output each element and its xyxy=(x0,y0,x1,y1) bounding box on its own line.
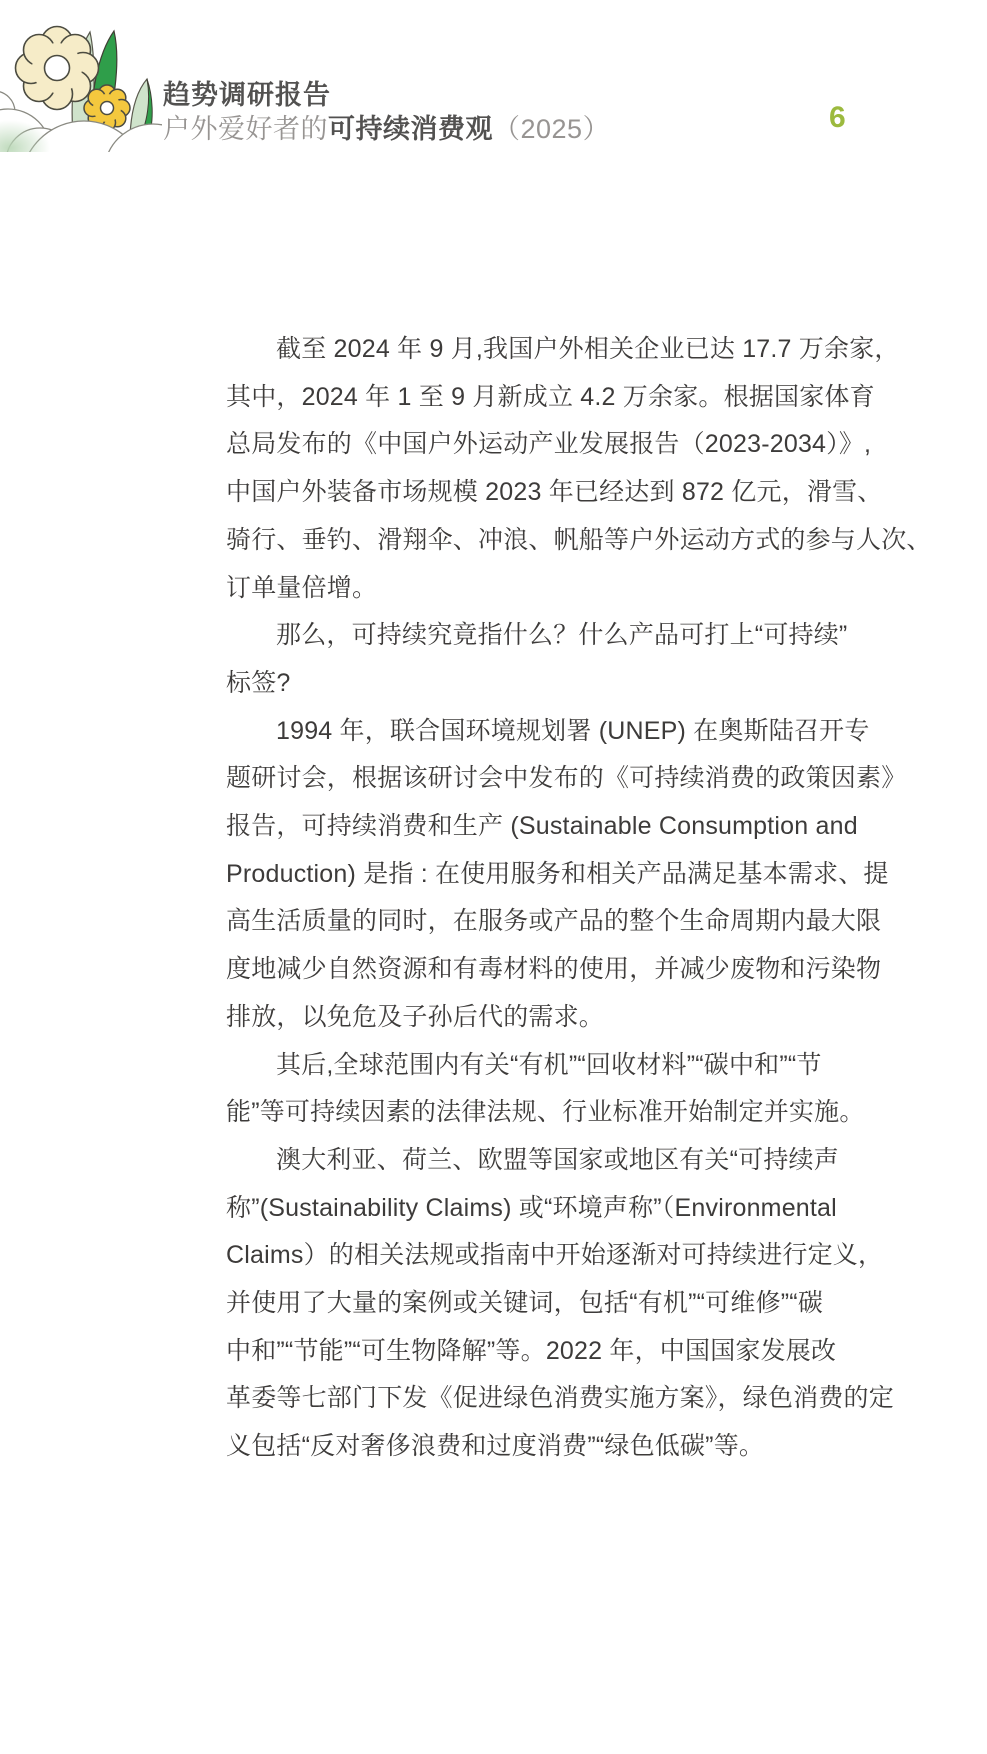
body-line: 标签? xyxy=(226,660,886,708)
body-line: 报告，可持续消费和生产 (Sustainable Consumption and xyxy=(226,803,886,851)
body-line: 排放，以免危及子孙后代的需求。 xyxy=(226,994,886,1042)
body-line: 题研讨会，根据该研讨会中发布的《可持续消费的政策因素》 xyxy=(226,755,886,803)
body-text: 截至 2024 年 9 月,我国户外相关企业已达 17.7 万余家， 其中，20… xyxy=(226,326,886,1471)
body-line: 革委等七部门下发《促进绿色消费实施方案》，绿色消费的定 xyxy=(226,1375,886,1423)
body-line: 总局发布的《中国户外运动产业发展报告（2023-2034）》, xyxy=(226,421,886,469)
subtitle-bold: 可持续消费观 xyxy=(328,114,493,144)
report-header: 趋势调研报告 户外爱好者的可持续消费观（2025） xyxy=(163,78,610,146)
report-subtitle: 户外爱好者的可持续消费观（2025） xyxy=(163,112,610,146)
body-line: 中和”“节能”“可生物降解”等。2022 年，中国国家发展改 xyxy=(226,1328,886,1376)
body-line: 那么，可持续究竟指什么？什么产品可打上“可持续” xyxy=(226,612,886,660)
body-line: 并使用了大量的案例或关键词，包括“有机”“可维修”“碳 xyxy=(226,1280,886,1328)
flowers-and-clouds-logo-icon xyxy=(0,0,162,152)
body-line: 高生活质量的同时，在服务或产品的整个生命周期内最大限 xyxy=(226,898,886,946)
body-line: 订单量倍增。 xyxy=(226,565,886,613)
body-line: 能”等可持续因素的法律法规、行业标准开始制定并实施。 xyxy=(226,1089,886,1137)
page-number: 6 xyxy=(829,101,846,135)
subtitle-year: （2025） xyxy=(493,114,610,144)
body-line: 1994 年，联合国环境规划署 (UNEP) 在奥斯陆召开专 xyxy=(226,708,886,756)
body-line: 澳大利亚、荷兰、欧盟等国家或地区有关“可持续声 xyxy=(226,1137,886,1185)
body-line: 中国户外装备市场规模 2023 年已经达到 872 亿元，滑雪、 xyxy=(226,469,886,517)
report-page: 趋势调研报告 户外爱好者的可持续消费观（2025） 6 截至 2024 年 9 … xyxy=(0,0,987,1754)
body-line: 截至 2024 年 9 月,我国户外相关企业已达 17.7 万余家， xyxy=(226,326,886,374)
body-line: 度地减少自然资源和有毒材料的使用，并减少废物和污染物 xyxy=(226,946,886,994)
body-line: 其中，2024 年 1 至 9 月新成立 4.2 万余家。根据国家体育 xyxy=(226,374,886,422)
body-line: 义包括“反对奢侈浪费和过度消费”“绿色低碳”等。 xyxy=(226,1423,886,1471)
body-line: Claims）的相关法规或指南中开始逐渐对可持续进行定义， xyxy=(226,1232,886,1280)
body-line: 骑行、垂钓、滑翔伞、冲浪、帆船等户外运动方式的参与人次、 xyxy=(226,517,886,565)
report-type-title: 趋势调研报告 xyxy=(163,78,610,112)
body-line: 称”(Sustainability Claims) 或“环境声称”（Enviro… xyxy=(226,1185,886,1233)
body-line: Production) 是指 : 在使用服务和相关产品满足基本需求、提 xyxy=(226,851,886,899)
body-line: 其后,全球范围内有关“有机”“回收材料”“碳中和”“节 xyxy=(226,1042,886,1090)
subtitle-prefix: 户外爱好者的 xyxy=(163,114,328,144)
